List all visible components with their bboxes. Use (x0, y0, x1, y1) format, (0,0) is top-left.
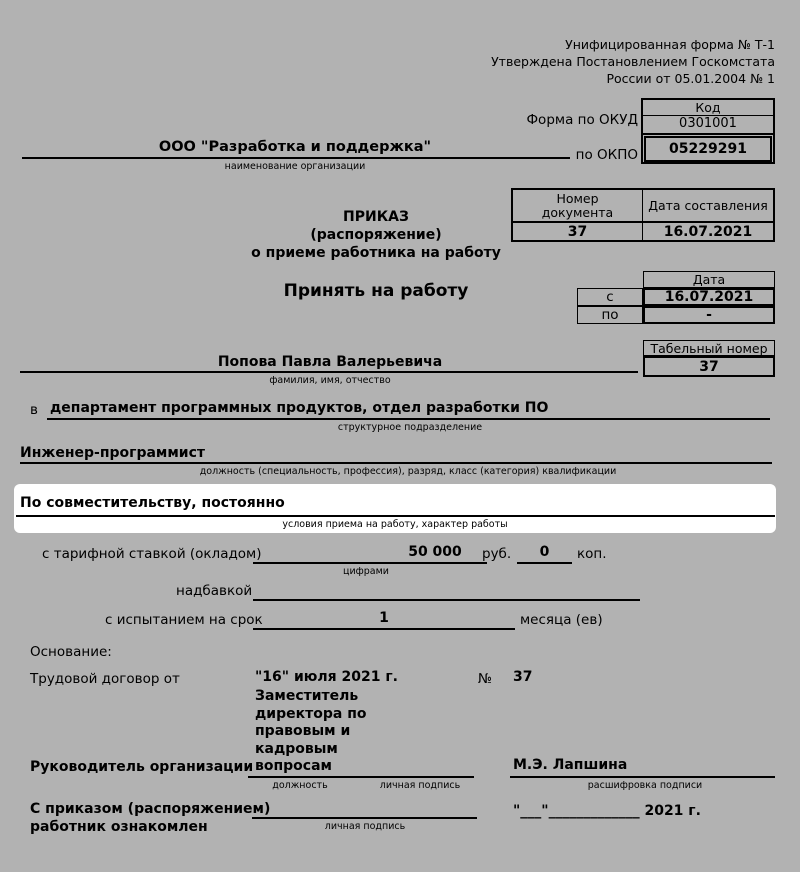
employee-name: Попова Павла Валерьевича (100, 354, 560, 370)
head-position-line: правовым и (255, 723, 415, 741)
hire-date-header: Дата (643, 271, 775, 288)
contract-label: Трудовой договор от (30, 671, 180, 687)
position-caption: должность (специальность, профессия), ра… (108, 466, 708, 477)
department-caption: структурное подразделение (310, 422, 510, 433)
document-number-header: Номер документа (513, 190, 643, 223)
order-title-line3: о приеме работника на работу (230, 244, 522, 262)
contract-number: 37 (513, 669, 532, 685)
document-date-header: Дата составления (643, 190, 773, 223)
acknowledgement-signature-caption: личная подпись (300, 821, 430, 832)
salary-label: с тарифной ставкой (окладом) (42, 546, 262, 562)
head-position-line: вопросам (255, 758, 415, 776)
code-column-header: Код (643, 100, 773, 116)
document-number-table: Номер документа Дата составления 37 16.0… (511, 188, 775, 242)
rub-label: руб. (482, 546, 511, 562)
head-position-caption: должность (250, 780, 350, 791)
hire-to-value: - (643, 306, 775, 324)
organization-name: ООО "Разработка и поддержка" (60, 139, 530, 155)
head-position-title: Заместитель директора по правовым и кадр… (255, 688, 415, 776)
head-signature-underline (248, 776, 474, 778)
head-signature-caption: личная подпись (370, 780, 470, 791)
personnel-number-header: Табельный номер (643, 340, 775, 356)
hire-to-label: по (577, 306, 643, 324)
head-name-caption: расшифровка подписи (560, 780, 730, 791)
okud-label: Форма по ОКУД (500, 112, 638, 128)
employee-name-underline (20, 371, 638, 373)
employee-name-caption: фамилия, имя, отчество (230, 375, 430, 386)
organization-name-underline (22, 157, 570, 159)
conditions-value: По совместительству, постоянно (20, 495, 285, 511)
order-title-line2: (распоряжение) (230, 226, 522, 244)
probation-suffix: месяца (ев) (520, 612, 603, 628)
salary-amount-underline (253, 562, 487, 564)
head-position-line: кадровым (255, 741, 415, 759)
head-position-line: Заместитель (255, 688, 415, 706)
acknowledgement-date-template: "___"_____________ 2021 г. (513, 803, 701, 819)
order-form-t1-page: Унифицированная форма № Т-1 Утверждена П… (0, 0, 800, 872)
conditions-underline (16, 515, 775, 517)
kopecks-value: 0 (517, 544, 572, 560)
acknowledgement-underline (252, 817, 477, 819)
basis-label: Основание: (30, 644, 112, 660)
kop-label: коп. (577, 546, 607, 562)
kopecks-underline (517, 562, 572, 564)
document-number-value: 37 (513, 223, 643, 240)
okpo-code-value: 05229291 (644, 136, 772, 162)
head-name: М.Э. Лапшина (513, 757, 627, 773)
approval-line: Унифицированная форма № Т-1 (430, 36, 775, 53)
okpo-label: по ОКПО (575, 147, 638, 163)
document-date-value: 16.07.2021 (643, 223, 773, 240)
department-underline (47, 418, 770, 420)
department-prefix: в (30, 402, 38, 418)
acknowledgement-line2: работник ознакомлен (30, 819, 208, 835)
conditions-caption: условия приема на работу, характер работ… (245, 519, 545, 530)
order-title: ПРИКАЗ (распоряжение) о приеме работника… (230, 208, 522, 262)
salary-amount: 50 000 (385, 544, 485, 560)
head-name-underline (510, 776, 775, 778)
acknowledgement-line1: С приказом (распоряжением) (30, 801, 270, 817)
approval-line: Утверждена Постановлением Госкомстата (430, 53, 775, 70)
probation-label: с испытанием на срок (105, 612, 263, 628)
probation-value: 1 (253, 610, 515, 626)
approval-note: Унифицированная форма № Т-1 Утверждена П… (430, 36, 775, 87)
contract-date: "16" июля 2021 г. (255, 669, 398, 685)
salary-caption: цифрами (316, 566, 416, 577)
allowance-label: надбавкой (176, 583, 252, 599)
hire-from-label: с (577, 288, 643, 306)
probation-underline (253, 628, 515, 630)
hire-action-title: Принять на работу (230, 281, 522, 301)
head-label: Руководитель организации (30, 759, 253, 775)
order-title-line1: ПРИКАЗ (230, 208, 522, 226)
allowance-underline (253, 599, 640, 601)
position-value: Инженер-программист (20, 445, 205, 461)
number-sign: № (478, 671, 492, 687)
position-underline (20, 462, 772, 464)
hire-from-value: 16.07.2021 (643, 288, 775, 306)
approval-line: России от 05.01.2004 № 1 (430, 70, 775, 87)
department-value: департамент программных продуктов, отдел… (50, 400, 548, 416)
head-position-line: директора по (255, 706, 415, 724)
okud-code-value: 0301001 (643, 116, 773, 135)
personnel-number-value: 37 (643, 356, 775, 377)
organization-name-caption: наименование организации (160, 161, 430, 172)
